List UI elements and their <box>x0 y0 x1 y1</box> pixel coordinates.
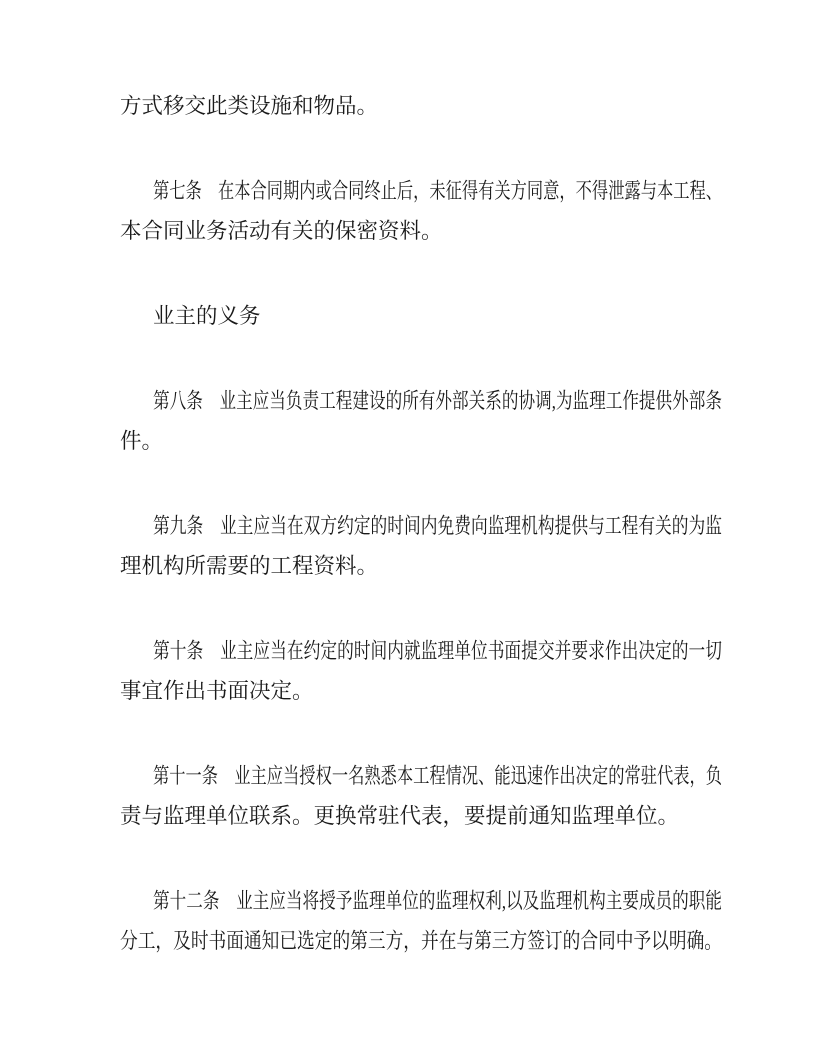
document-line: 第八条 业主应当负责工程建设的所有外部关系的协调,为监理工作提供外部条 <box>120 381 722 421</box>
document-line: 理机构所需要的工程资料。 <box>120 546 722 586</box>
document-line-text: 业主的义务 <box>153 296 261 336</box>
document-line: 第九条 业主应当在双方约定的时间内免费向监理机构提供与工程有关的为监 <box>120 506 722 546</box>
document-line: 第十一条 业主应当授权一名熟悉本工程情况、能迅速作出决定的常驻代表，负 <box>120 756 722 796</box>
document-line-text: 件。 <box>120 421 163 461</box>
document-line: 分工，及时书面通知已选定的第三方，并在与第三方签订的合同中予以明确。 <box>120 921 722 961</box>
paragraph: 第十一条 业主应当授权一名熟悉本工程情况、能迅速作出决定的常驻代表，负责与监理单… <box>120 756 722 836</box>
document-line: 业主的义务 <box>120 296 722 336</box>
document-line: 件。 <box>120 421 722 461</box>
document-line-text: 事宜作出书面决定。 <box>120 671 314 711</box>
document-line-text: 第十一条 业主应当授权一名熟悉本工程情况、能迅速作出决定的常驻代表，负 <box>153 756 722 796</box>
document-line-text: 理机构所需要的工程资料。 <box>120 546 378 586</box>
document-line: 第十二条 业主应当将授予监理单位的监理权利,以及监理机构主要成员的职能 <box>120 881 722 921</box>
document-line-text: 第十二条 业主应当将授予监理单位的监理权利,以及监理机构主要成员的职能 <box>153 881 722 921</box>
document-line: 事宜作出书面决定。 <box>120 671 722 711</box>
paragraph: 第八条 业主应当负责工程建设的所有外部关系的协调,为监理工作提供外部条件。 <box>120 381 722 461</box>
document-line: 本合同业务活动有关的保密资料。 <box>120 211 722 251</box>
document-line-text: 分工，及时书面通知已选定的第三方，并在与第三方签订的合同中予以明确。 <box>120 921 722 961</box>
document-line-text: 第十条 业主应当在约定的时间内就监理单位书面提交并要求作出决定的一切 <box>153 631 722 671</box>
paragraph: 业主的义务 <box>120 296 722 336</box>
paragraph: 第九条 业主应当在双方约定的时间内免费向监理机构提供与工程有关的为监理机构所需要… <box>120 506 722 586</box>
document-content: 方式移交此类设施和物品。第七条 在本合同期内或合同终止后，未征得有关方同意，不得… <box>120 86 722 961</box>
paragraph: 第七条 在本合同期内或合同终止后，未征得有关方同意，不得泄露与本工程、本合同业务… <box>120 171 722 251</box>
document-line-text: 第八条 业主应当负责工程建设的所有外部关系的协调,为监理工作提供外部条 <box>153 381 722 421</box>
paragraph: 第十二条 业主应当将授予监理单位的监理权利,以及监理机构主要成员的职能分工，及时… <box>120 881 722 961</box>
document-line-text: 方式移交此类设施和物品。 <box>120 86 378 126</box>
paragraph: 第十条 业主应当在约定的时间内就监理单位书面提交并要求作出决定的一切事宜作出书面… <box>120 631 722 711</box>
document-line-text: 本合同业务活动有关的保密资料。 <box>120 211 443 251</box>
document-line: 第七条 在本合同期内或合同终止后，未征得有关方同意，不得泄露与本工程、 <box>120 171 722 211</box>
document-line-text: 第九条 业主应当在双方约定的时间内免费向监理机构提供与工程有关的为监 <box>153 506 722 546</box>
document-line-text: 责与监理单位联系。更换常驻代表，要提前通知监理单位。 <box>120 796 679 836</box>
document-line-text: 第七条 在本合同期内或合同终止后，未征得有关方同意，不得泄露与本工程、 <box>153 171 722 211</box>
document-line: 责与监理单位联系。更换常驻代表，要提前通知监理单位。 <box>120 796 722 836</box>
document-page: 方式移交此类设施和物品。第七条 在本合同期内或合同终止后，未征得有关方同意，不得… <box>0 0 816 1056</box>
document-line: 方式移交此类设施和物品。 <box>120 86 722 126</box>
document-line: 第十条 业主应当在约定的时间内就监理单位书面提交并要求作出决定的一切 <box>120 631 722 671</box>
paragraph: 方式移交此类设施和物品。 <box>120 86 722 126</box>
